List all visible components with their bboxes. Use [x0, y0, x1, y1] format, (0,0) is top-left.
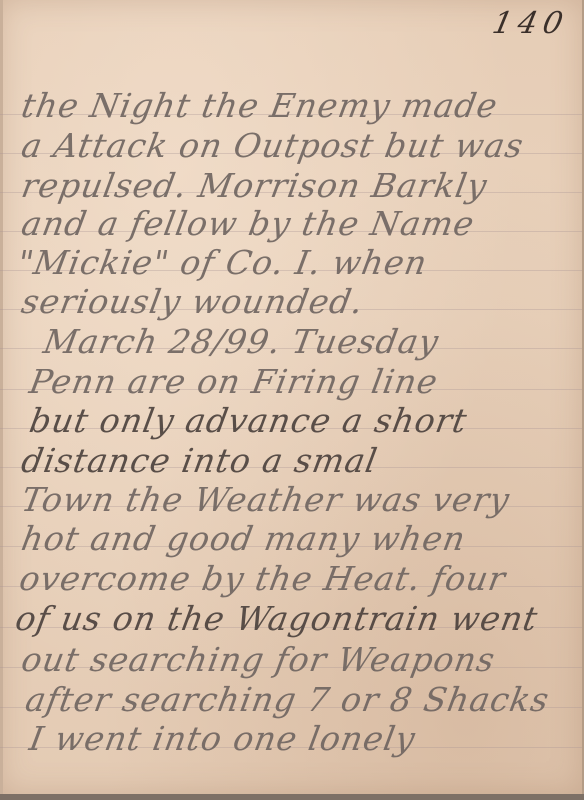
handwritten-line-14: of us on the Wagontrain went	[13, 599, 542, 638]
handwritten-line-10: distance into a smal	[19, 441, 381, 480]
handwritten-line-13: overcome by the Heat. four	[17, 559, 509, 598]
handwritten-line-4: and a fellow by the Name	[19, 204, 478, 243]
handwritten-line-3: repulsed. Morrison Barkly	[19, 166, 491, 205]
handwritten-line-15: out searching for Weapons	[19, 640, 499, 679]
handwritten-line-1: the Night the Enemy made	[19, 86, 501, 125]
handwritten-line-7: March 28/99. Tuesday	[41, 322, 443, 361]
handwritten-line-16: after searching 7 or 8 Shacks	[23, 680, 553, 719]
handwritten-line-9: but only advance a short	[27, 401, 471, 440]
handwritten-line-2: a Attack on Outpost but was	[19, 126, 527, 165]
handwritten-line-6: seriously wounded.	[19, 282, 367, 321]
handwritten-line-12: hot and good many when	[19, 519, 469, 558]
handwritten-entry: the Night the Enemy made a Attack on Out…	[0, 0, 584, 800]
handwritten-line-17: I went into one lonely	[27, 719, 419, 758]
handwritten-line-8: Penn are on Firing line	[27, 362, 442, 401]
handwritten-line-5: "Mickie" of Co. I. when	[15, 243, 431, 282]
handwritten-line-11: Town the Weather was very	[19, 480, 513, 519]
